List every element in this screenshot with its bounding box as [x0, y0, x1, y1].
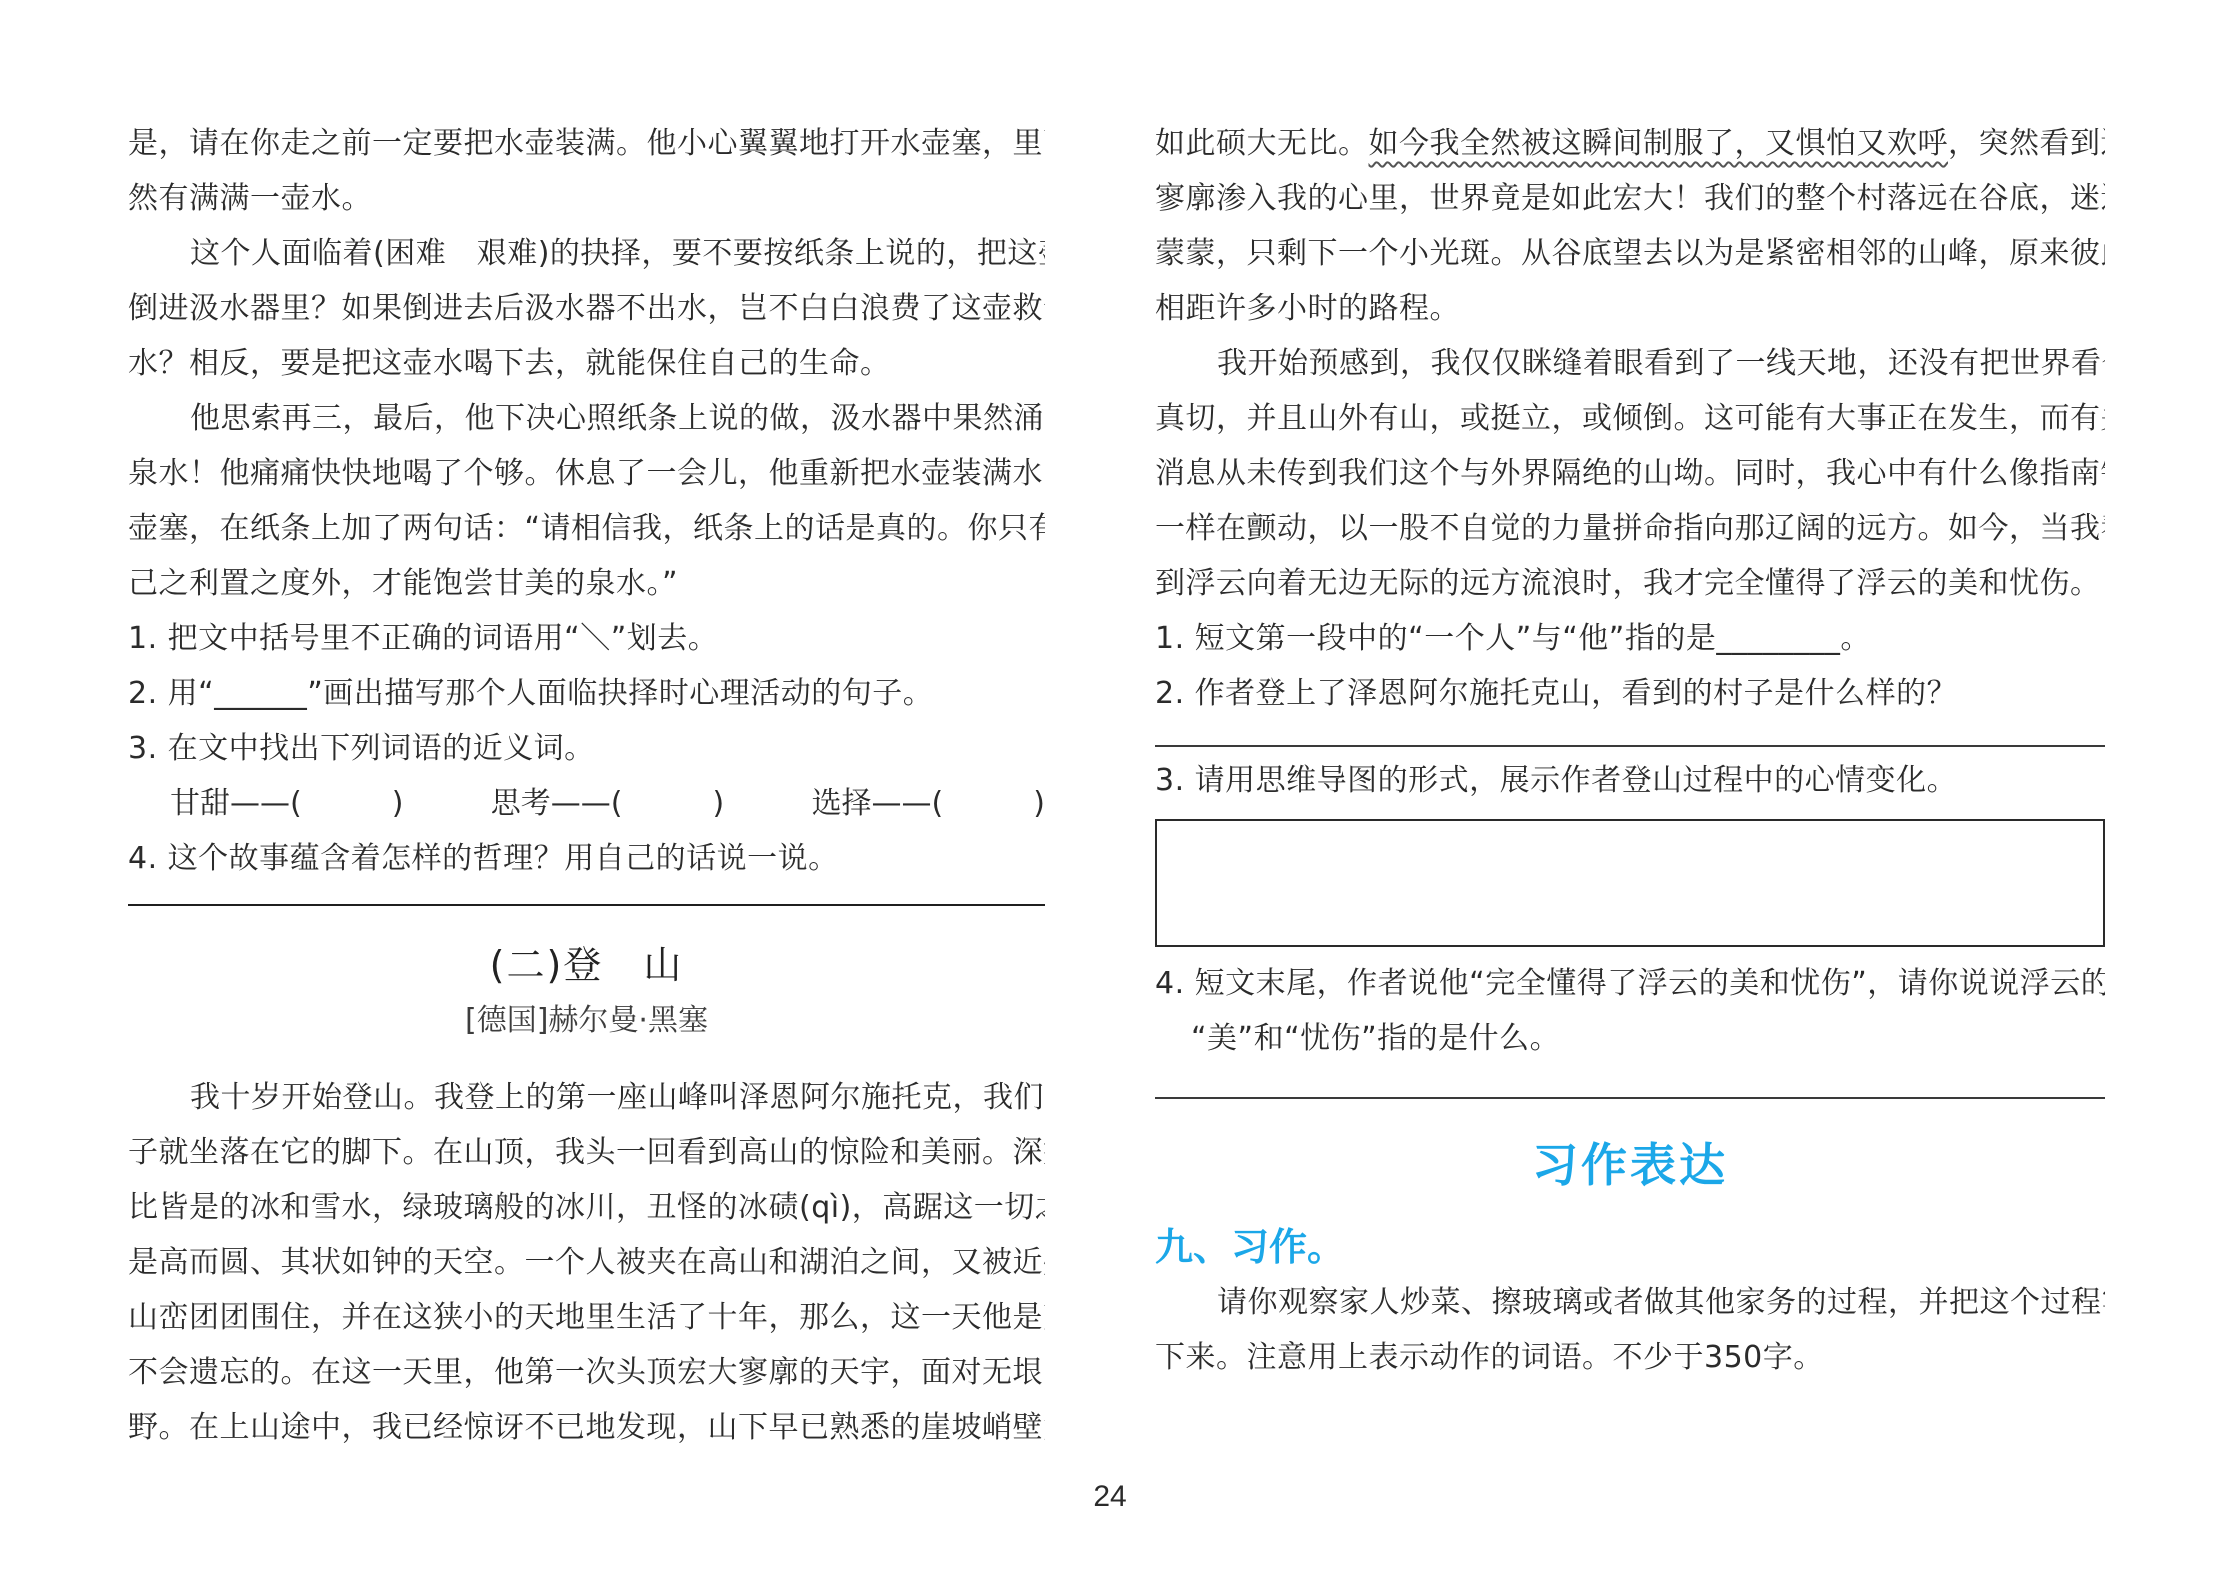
- text-line: 这个人面临着(困难 艰难)的抉择，要不要按纸条上说的，把这壶水: [128, 226, 1045, 281]
- synonym-row: 甘甜——( ) 思考——( ) 选择——( ): [128, 776, 1045, 831]
- question-4: 4. 短文末尾，作者说他“完全懂得了浮云的美和忧伤”，请你说说浮云的: [1155, 956, 2105, 1011]
- text-line: 己之利置之度外，才能饱尝甘美的泉水。”: [128, 556, 1045, 611]
- text-line: 我十岁开始登山。我登上的第一座山峰叫泽恩阿尔施托克，我们的村: [128, 1070, 1045, 1125]
- section-divider: [128, 904, 1045, 906]
- text-line: 寥廓渗入我的心里，世界竟是如此宏大！我们的整个村落远在谷底，迷迷: [1155, 171, 2105, 226]
- worksheet-page: 是，请在你走之前一定要把水壶装满。他小心翼翼地打开水壶塞，里面果 然有满满一壶水…: [0, 0, 2220, 1571]
- text-line: 然有满满一壶水。: [128, 171, 1045, 226]
- question-1: 1. 把文中括号里不正确的词语用“＼”划去。: [128, 611, 1045, 666]
- text-line: 相距许多小时的路程。: [1155, 281, 2105, 336]
- question-3: 3. 在文中找出下列词语的近义词。: [128, 721, 1045, 776]
- writing-task-label: 九、习作。: [1155, 1220, 2105, 1275]
- text-line: 壶塞，在纸条上加了两句话：“请相信我，纸条上的话是真的。你只有把一: [128, 501, 1045, 556]
- wavy-underlined-text: 如今我全然被这瞬间制服了，又惧怕又欢呼: [1369, 126, 1949, 161]
- text-line: 是高而圆、其状如钟的天空。一个人被夹在高山和湖泊之间，又被近处的: [128, 1235, 1045, 1290]
- text-line: 下来。注意用上表示动作的词语。不少于350字。: [1155, 1330, 2105, 1385]
- text-line: 比皆是的冰和雪水，绿玻璃般的冰川，丑怪的冰碛(qì)，高踞这一切之上的: [128, 1180, 1045, 1235]
- text-line: 一样在颤动，以一股不自觉的力量拼命指向那辽阔的远方。如今，当我看: [1155, 501, 2105, 556]
- text-line: 不会遗忘的。在这一天里，他第一次头顶宏大寥廓的天宇，面对无垠的视: [128, 1345, 1045, 1400]
- text-line: 水？相反，要是把这壶水喝下去，就能保住自己的生命。: [128, 336, 1045, 391]
- page-number: 24: [0, 1480, 2220, 1514]
- synonym-item: 思考——( ): [491, 776, 724, 831]
- text-line: 是，请在你走之前一定要把水壶装满。他小心翼翼地打开水壶塞，里面果: [128, 116, 1045, 171]
- text-line: 子就坐落在它的脚下。在山顶，我头一回看到高山的惊险和美丽。深壑，比: [128, 1125, 1045, 1180]
- text-line: 野。在上山途中，我已经惊讶不已地发现，山下早已熟悉的崖坡峭壁竟是: [128, 1400, 1045, 1455]
- answer-line: [1155, 745, 2105, 747]
- question-1: 1. 短文第一段中的“一个人”与“他”指的是________。: [1155, 611, 2105, 666]
- question-2: 2. 用“______”画出描写那个人面临抉择时心理活动的句子。: [128, 666, 1045, 721]
- text-segment: ，突然看到这: [1948, 126, 2105, 161]
- text-line: 他思索再三，最后，他下决心照纸条上说的做，汲水器中果然涌出了: [128, 391, 1045, 446]
- answer-line: [1155, 1097, 2105, 1099]
- text-line: 我开始预感到，我仅仅眯缝着眼看到了一线天地，还没有把世界看个: [1155, 336, 2105, 391]
- question-2: 2. 作者登上了泽恩阿尔施托克山，看到的村子是什么样的？: [1155, 666, 2105, 721]
- section-author: [德国]赫尔曼·黑塞: [128, 993, 1045, 1048]
- text-line: 蒙蒙，只剩下一个小光斑。从谷底望去以为是紧密相邻的山峰，原来彼此: [1155, 226, 2105, 281]
- left-column: 是，请在你走之前一定要把水壶装满。他小心翼翼地打开水壶塞，里面果 然有满满一壶水…: [128, 116, 1045, 1455]
- question-4-continued: “美”和“忧伤”指的是什么。: [1155, 1011, 2105, 1066]
- text-line: 到浮云向着无边无际的远方流浪时，我才完全懂得了浮云的美和忧伤。: [1155, 556, 2105, 611]
- writing-section-heading: 习作表达: [1155, 1135, 2105, 1195]
- text-line: 请你观察家人炒菜、擦玻璃或者做其他家务的过程，并把这个过程写: [1155, 1275, 2105, 1330]
- text-segment: 如此硕大无比。: [1155, 126, 1369, 161]
- text-line: 如此硕大无比。如今我全然被这瞬间制服了，又惧怕又欢呼，突然看到这: [1155, 116, 2105, 171]
- synonym-item: 选择——( ): [812, 776, 1045, 831]
- question-3: 3. 请用思维导图的形式，展示作者登山过程中的心情变化。: [1155, 753, 2105, 808]
- right-column: 如此硕大无比。如今我全然被这瞬间制服了，又惧怕又欢呼，突然看到这 寥廓渗入我的心…: [1155, 116, 2105, 1385]
- text-line: 消息从未传到我们这个与外界隔绝的山坳。同时，我心中有什么像指南针: [1155, 446, 2105, 501]
- text-line: 泉水！他痛痛快快地喝了个够。休息了一会儿，他重新把水壶装满水，塞上: [128, 446, 1045, 501]
- answer-box: [1155, 819, 2105, 947]
- text-line: 山峦团团围住，并在这狭小的天地里生活了十年，那么，这一天他是万万: [128, 1290, 1045, 1345]
- synonym-item: 甘甜——( ): [170, 776, 403, 831]
- question-4: 4. 这个故事蕴含着怎样的哲理？用自己的话说一说。: [128, 831, 1045, 886]
- text-line: 倒进汲水器里？如果倒进去后汲水器不出水，岂不白白浪费了这壶救命之: [128, 281, 1045, 336]
- text-line: 真切，并且山外有山，或挺立，或倾倒。这可能有大事正在发生，而有关的: [1155, 391, 2105, 446]
- section-title: (二)登 山: [128, 938, 1045, 993]
